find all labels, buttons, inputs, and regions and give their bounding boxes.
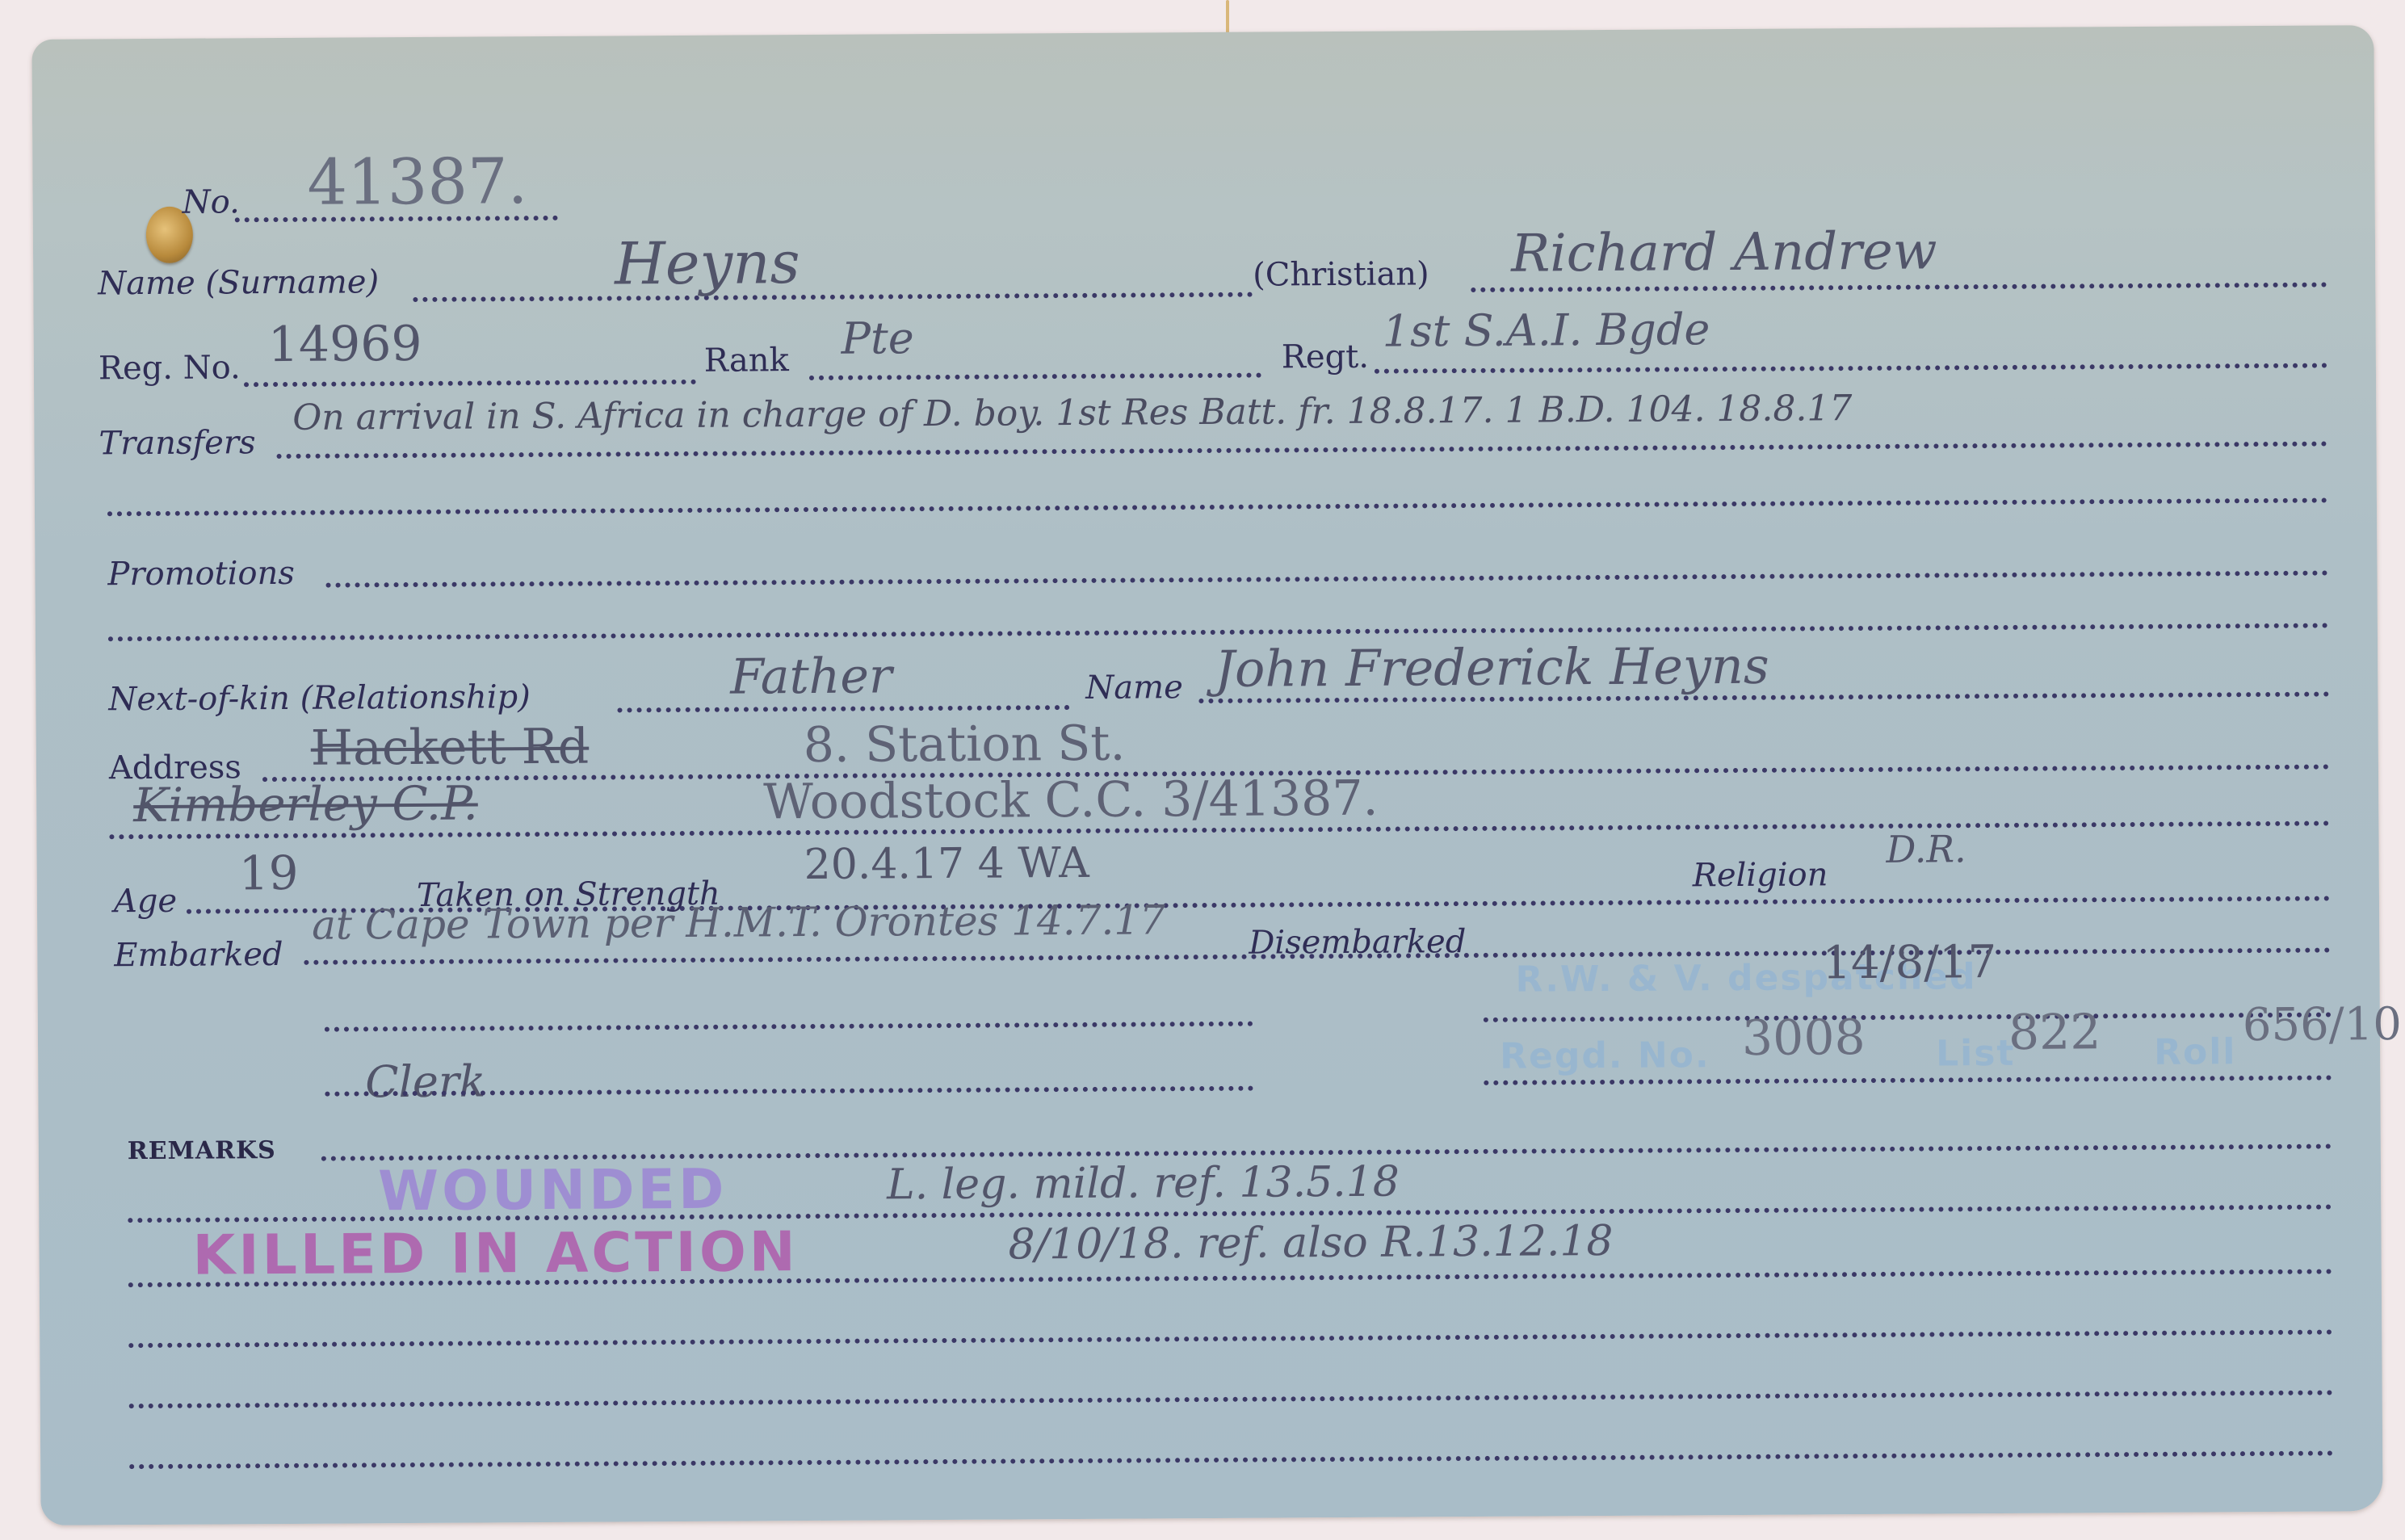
embarked-value: at Cape Town per H.M.T. Orontes 14.7.17	[312, 896, 1165, 948]
promotions-line	[326, 571, 2329, 588]
despatch-stamp-roll-label: Roll	[2154, 1031, 2237, 1073]
service-record-card: No. 41387. Name (Surname) Heyns (Christi…	[31, 25, 2382, 1525]
transfers-value: On arrival in S. Africa in charge of D. …	[292, 388, 1852, 439]
address-line1-struck: Hackett Rd	[311, 719, 590, 777]
remarks-entry-2: 8/10/18. ref. also R.13.12.18	[1008, 1217, 1613, 1269]
remarks-line-6	[129, 1450, 2334, 1469]
reg-no-label: Reg. No.	[99, 349, 241, 387]
age-label: Age	[114, 883, 177, 920]
transfers-line	[277, 442, 2328, 459]
despatch-date: 14/8/17	[1822, 936, 1996, 989]
regt-line	[1375, 363, 2327, 374]
surname-line	[413, 292, 1253, 302]
address-line2-struck: Kimberley C.P.	[133, 776, 478, 833]
transfers-line-2	[107, 498, 2328, 517]
nok-name-value: John Frederick Heyns	[1215, 636, 1769, 699]
religion-label: Religion	[1693, 856, 1828, 894]
disembarked-label: Disembarked	[1249, 923, 1466, 962]
despatch-list-no: 822	[2008, 1004, 2101, 1061]
christian-label: (Christian)	[1253, 255, 1429, 293]
rank-line	[809, 373, 1261, 380]
despatch-line-2	[1484, 1013, 2332, 1022]
christian-line	[1471, 283, 2327, 292]
regt-value: 1st S.A.I. Bgde	[1382, 304, 1710, 356]
surname-value: Heyns	[615, 229, 800, 297]
despatch-line-3	[1484, 1076, 2332, 1085]
promotions-line-2	[108, 623, 2329, 642]
no-label: No.	[183, 183, 240, 220]
regt-label: Regt.	[1282, 338, 1369, 376]
occupation-line-1	[325, 1022, 1253, 1032]
despatch-reg-no: 3008	[1742, 1009, 1866, 1067]
remarks-line-5	[129, 1390, 2334, 1408]
promotions-label: Promotions	[107, 555, 295, 593]
stamp-killed-in-action: KILLED IN ACTION	[192, 1220, 799, 1288]
card-number: 41387.	[307, 145, 527, 220]
taken-on-strength-value: 20.4.17 4 WA	[804, 839, 1089, 889]
christian-value: Richard Andrew	[1511, 221, 1937, 283]
nok-name-label: Name	[1085, 669, 1183, 707]
age-value: 19	[239, 846, 299, 900]
address-line2: Woodstock C.C. 3/41387.	[763, 770, 1379, 831]
embarked-label: Embarked	[114, 936, 283, 974]
transfers-label: Transfers	[99, 424, 255, 462]
rank-value: Pte	[841, 313, 913, 364]
stamp-wounded: WOUNDED	[378, 1158, 728, 1224]
rank-label: Rank	[704, 342, 789, 380]
religion-value: D.R.	[1886, 827, 1966, 871]
nok-relationship-label: Next-of-kin (Relationship)	[108, 678, 531, 718]
remarks-entry-1: L. leg. mild. ref. 13.5.18	[887, 1158, 1400, 1210]
despatch-stamp-reg-label: Regd. No.	[1500, 1034, 1710, 1077]
remarks-line-4	[128, 1329, 2333, 1348]
reg-no-line	[244, 380, 696, 387]
despatch-roll-no: 656/10	[2243, 998, 2402, 1051]
nok-relationship-line	[617, 705, 1069, 712]
surname-label: Name (Surname)	[98, 263, 379, 302]
address-line1: 8. Station St.	[804, 715, 1126, 774]
reg-no-value: 14969	[268, 316, 422, 373]
remarks-label: REMARKS	[128, 1136, 276, 1165]
nok-relationship-value: Father	[730, 648, 892, 705]
despatch-stamp-list-label: List	[1936, 1033, 2016, 1075]
occupation-value: Clerk	[365, 1055, 485, 1107]
